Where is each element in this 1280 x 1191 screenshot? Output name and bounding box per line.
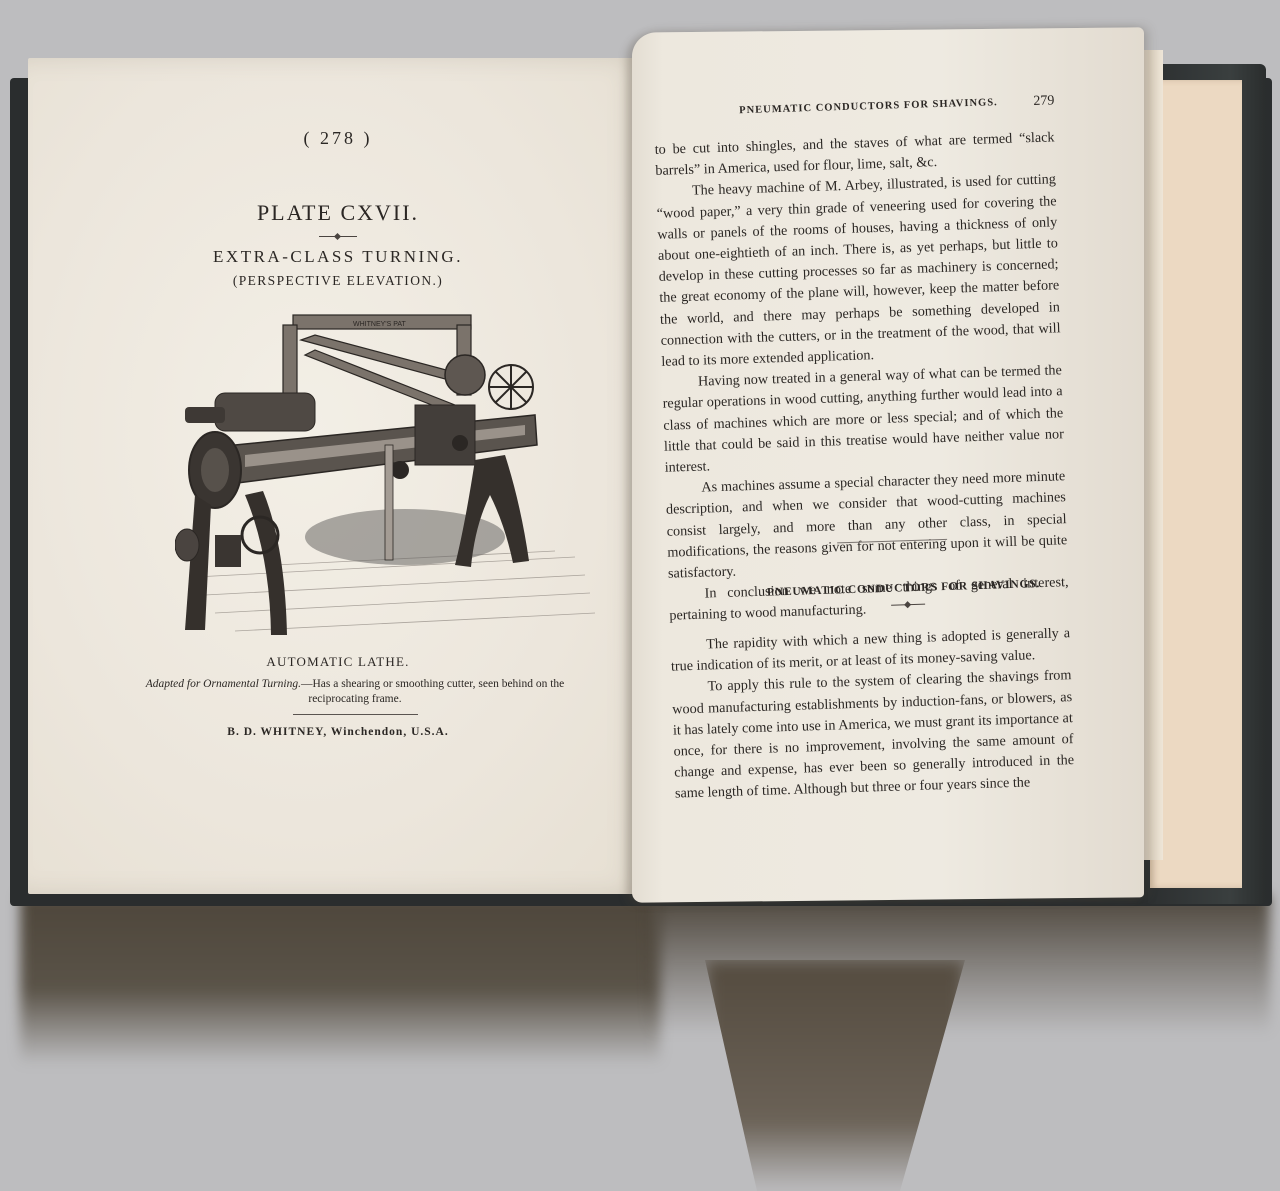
body-text: to be cut into shingles, and the staves … bbox=[654, 127, 1069, 627]
section-title: EXTRA-CLASS TURNING. bbox=[28, 247, 648, 267]
plate-title: PLATE CXVII. bbox=[28, 200, 648, 226]
paragraph: The heavy machine of M. Arbey, illustrat… bbox=[656, 170, 1062, 373]
endpaper bbox=[1150, 80, 1242, 888]
paragraph: To apply this rule to the system of clea… bbox=[671, 666, 1075, 806]
paragraph: As machines assume a special character t… bbox=[665, 466, 1068, 585]
book-photograph: ( 278 ) PLATE CXVII. EXTRA-CLASS TURNING… bbox=[0, 0, 1280, 1191]
caption-text: —Has a shearing or smoothing cutter, see… bbox=[301, 678, 564, 705]
lathe-engraving-illustration: WHITNEY'S PAT bbox=[175, 295, 595, 640]
ornament-divider bbox=[319, 236, 357, 237]
caption-rule bbox=[293, 714, 418, 715]
caption-body: Adapted for Ornamental Turning.—Has a sh… bbox=[140, 677, 570, 707]
section-body-text: The rapidity with which a new thing is a… bbox=[670, 623, 1075, 805]
paragraph: Having now treated in a general way of w… bbox=[662, 360, 1065, 479]
caption-italic: Adapted for Ornamental Turning. bbox=[146, 678, 301, 690]
left-page-number: ( 278 ) bbox=[28, 128, 648, 149]
nameplate-text: WHITNEY'S PAT bbox=[353, 321, 407, 328]
table-shadow bbox=[20, 895, 660, 1065]
caption-title: AUTOMATIC LATHE. bbox=[28, 654, 648, 670]
maker-credit: B. D. WHITNEY, Winchendon, U.S.A. bbox=[28, 726, 648, 738]
right-page-number: 279 bbox=[1033, 93, 1054, 110]
table-shadow bbox=[705, 960, 965, 1191]
section-subtitle: (PERSPECTIVE ELEVATION.) bbox=[28, 273, 648, 289]
